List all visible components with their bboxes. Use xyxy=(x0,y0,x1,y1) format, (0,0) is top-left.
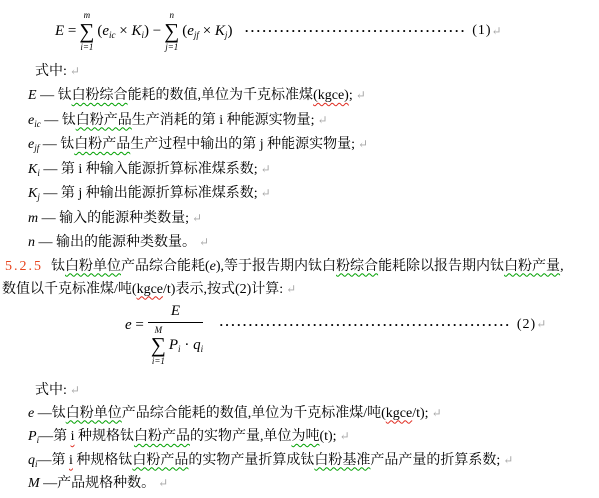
text-run: 数值以千克标准煤/吨( xyxy=(2,282,137,297)
spellcheck-red-underline: kgce xyxy=(386,406,412,421)
text-run: 产品综合能耗的数值,单位为千克标准煤/吨( xyxy=(122,406,386,421)
definition-n: n — 输出的能源种类数量。 ↵ xyxy=(28,230,599,255)
text-run: K xyxy=(132,23,142,39)
text-run: × xyxy=(199,23,215,39)
text-run: P xyxy=(28,429,37,444)
spellcheck-green-underline: 白粉产品 xyxy=(74,137,130,152)
paragraph-mark-icon: ↵ xyxy=(429,406,442,420)
text-run: n xyxy=(28,235,35,250)
paragraph-mark-icon: ↵ xyxy=(337,429,350,443)
text-run: , xyxy=(560,259,564,274)
section-5-2-5-line-2: 数值以千克标准煤/吨(kgce/t)表示,按式(2)计算: ↵ xyxy=(2,278,599,301)
text-run: — 第 i 种输入能源折算标准煤系数; xyxy=(40,162,258,177)
text-run: 能耗的数值,单位为千克标准煤 xyxy=(128,88,314,103)
spellcheck-red-underline: (kgce) xyxy=(313,88,349,103)
fraction-denominator: M ∑ i=1 Pi · qi xyxy=(148,322,203,367)
definition-list-1: E — 钛白粉综合能耗的数值,单位为千克标准煤(kgce); ↵ eic — 钛… xyxy=(0,83,599,255)
paragraph-mark-icon: ↵ xyxy=(196,235,209,249)
fraction: E M ∑ i=1 Pi · qi xyxy=(148,303,203,367)
text-run: 生产过程中输出的第 j 种能源实物量; xyxy=(130,137,355,152)
text-run: K xyxy=(28,162,37,177)
text-run: 生产消耗的第 i 种能源实物量; xyxy=(132,113,315,128)
paragraph-mark-icon: ↵ xyxy=(315,113,328,127)
text-run: 产品综合能耗( xyxy=(121,259,210,274)
dot-leader: ········································… xyxy=(219,317,511,333)
definition-e-ic: eic — 钛白粉产品生产消耗的第 i 种能源实物量; ↵ xyxy=(28,108,599,133)
definition-P-i: Pi—第 i 种规格钛白粉产品的实物产量,单位为吨(t); ↵ xyxy=(28,425,599,449)
text-run: — 第 j 种输出能源折算标准煤系数; xyxy=(40,186,258,201)
definition-list-2: e —钛白粉单位产品综合能耗的数值,单位为千克标准煤/吨(kgce/t); ↵ … xyxy=(0,402,599,496)
text-run: ) − xyxy=(144,23,161,39)
spellcheck-green-underline: 白粉单位 xyxy=(65,259,121,274)
summation-lower-limit: j=1 xyxy=(165,42,178,52)
text-run: 的实物产量折算成钛 xyxy=(188,453,314,468)
summation-1: m ∑ i=1 xyxy=(79,10,94,52)
spellcheck-green-underline: 白粉产品 xyxy=(76,113,132,128)
definition-K-j: Kj — 第 j 种输出能源折算标准煤系数; ↵ xyxy=(28,181,599,206)
text-run: — 输出的能源种类数量。 xyxy=(35,235,196,250)
spellcheck-green-underline: 白粉产品 xyxy=(132,453,188,468)
paragraph-mark: ↵ xyxy=(536,317,546,332)
text-run: q xyxy=(28,453,35,468)
text-run: 种规格钛 xyxy=(74,429,134,444)
section-5-2-5-line-1: 5.2.5钛白粉单位产品综合能耗(e),等于报告期内钛白粉综合能耗除以报告期内钛… xyxy=(5,255,599,278)
paragraph-mark-icon: ↵ xyxy=(258,186,271,200)
text-run: (t); xyxy=(319,429,336,444)
text-run: — 输入的能源种类数量; xyxy=(38,211,189,226)
paragraph-mark-icon: ↵ xyxy=(67,383,80,397)
summation-lower-limit: i=1 xyxy=(80,42,93,52)
paragraph-mark-icon: ↵ xyxy=(353,88,366,102)
text-run: e xyxy=(125,317,132,333)
formula-1-term-2: (ejf × Kj) xyxy=(182,23,232,40)
summation-lower-limit: i=1 xyxy=(152,356,165,366)
text-run: /t); xyxy=(412,406,428,421)
paragraph-mark-icon: ↵ xyxy=(155,476,168,490)
text-run: —第 xyxy=(39,429,71,444)
text-run: = xyxy=(64,23,76,39)
spellcheck-green-underline: 为吨 xyxy=(291,429,319,444)
text-run: —产品规格种数。 xyxy=(40,476,156,491)
text-run: /t)表示,按式(2)计算: xyxy=(163,282,283,297)
where-label-2: 式中: ↵ xyxy=(35,379,599,402)
definition-e-jf: ejf — 钛白粉产品生产过程中输出的第 j 种能源实物量; ↵ xyxy=(28,132,599,157)
text-run: P xyxy=(169,337,178,353)
text-run: = xyxy=(132,317,144,333)
summation-3: M ∑ i=1 xyxy=(151,325,166,367)
text-run: × xyxy=(116,23,132,39)
text-run: E xyxy=(55,23,64,39)
spellcheck-green-underline: 白粉综合 xyxy=(72,88,128,103)
sigma-symbol: ∑ xyxy=(79,21,94,42)
text-run: 能耗除以报告期内钛 xyxy=(378,259,504,274)
paragraph-mark-icon: ↵ xyxy=(355,137,368,151)
equation-number-2: (2) xyxy=(517,317,536,333)
summation-2: n ∑ j=1 xyxy=(164,10,179,52)
definition-m: m — 输入的能源种类数量; ↵ xyxy=(28,206,599,231)
sigma-symbol: ∑ xyxy=(151,335,166,356)
paragraph-mark-icon: ↵ xyxy=(67,64,80,78)
definition-e: e —钛白粉单位产品综合能耗的数值,单位为千克标准煤/吨(kgce/t); ↵ xyxy=(28,402,599,426)
definition-E: E — 钛白粉综合能耗的数值,单位为千克标准煤(kgce); ↵ xyxy=(28,83,599,108)
definition-K-i: Ki — 第 i 种输入能源折算标准煤系数; ↵ xyxy=(28,157,599,182)
text-run: m xyxy=(28,211,38,226)
text-run: — 钛 xyxy=(37,88,72,103)
spellcheck-green-underline: 白粉基准 xyxy=(314,453,370,468)
text-run: e xyxy=(187,23,194,39)
spellcheck-green-underline: 白粉产量 xyxy=(504,259,560,274)
spellcheck-green-underline: 粉综合 xyxy=(336,259,378,274)
text-run: K xyxy=(28,186,37,201)
section-number: 5.2.5 xyxy=(5,259,43,274)
spellcheck-green-underline: 白粉单位 xyxy=(66,406,122,421)
paragraph-mark-icon: ↵ xyxy=(283,282,296,296)
text-run: — 钛 xyxy=(39,137,74,152)
text-run: —钛 xyxy=(34,406,66,421)
fraction-numerator: E xyxy=(167,303,184,322)
formula-2-denominator-term: Pi · qi xyxy=(169,337,203,354)
text-run: 式中: xyxy=(35,383,67,398)
document-page: E = m ∑ i=1 (eic × Ki) − n ∑ j=1 (ejf × … xyxy=(0,0,599,498)
text-run: 种规格钛 xyxy=(73,453,133,468)
text-run: i xyxy=(201,344,204,354)
text-run: K xyxy=(215,23,225,39)
text-run: ),等于报告期内钛白 xyxy=(216,259,336,274)
formula-1-term-1: (eic × Ki) − xyxy=(97,23,161,40)
text-run: 钛 xyxy=(51,259,65,274)
formula-1-lhs: E = xyxy=(55,23,76,40)
sigma-symbol: ∑ xyxy=(164,21,179,42)
definition-M: M —产品规格种数。 ↵ xyxy=(28,472,599,496)
text-run: — 钛 xyxy=(41,113,76,128)
text-run: 产品产量的折算系数; xyxy=(370,453,500,468)
spellcheck-green-underline: 白粉产品 xyxy=(134,429,190,444)
where-label-1: 式中: ↵ xyxy=(35,59,599,83)
text-run: q xyxy=(193,337,201,353)
text-run: M xyxy=(28,476,40,491)
text-run: ) xyxy=(227,23,232,39)
paragraph-mark-icon: ↵ xyxy=(500,453,513,467)
formula-2-lhs: e = xyxy=(125,317,144,334)
formula-1: E = m ∑ i=1 (eic × Ki) − n ∑ j=1 (ejf × … xyxy=(55,7,599,55)
paragraph-mark-icon: ↵ xyxy=(189,211,202,225)
text-run: 式中: xyxy=(35,64,67,79)
formula-2: e = E M ∑ i=1 Pi · qi ··················… xyxy=(125,303,599,375)
paragraph-mark-icon: ↵ xyxy=(258,162,271,176)
text-run: —第 xyxy=(38,453,70,468)
equation-number-1: (1) xyxy=(472,23,491,39)
text-run: · xyxy=(181,337,194,353)
definition-q-i: qi—第 i 种规格钛白粉产品的实物产量折算成钛白粉基准产品产量的折算系数; ↵ xyxy=(28,449,599,473)
text-run: 的实物产量,单位 xyxy=(190,429,292,444)
dot-leader: ······································ xyxy=(244,23,466,39)
paragraph-mark: ↵ xyxy=(492,24,502,39)
text-run: E xyxy=(28,88,37,103)
spellcheck-red-underline: kgce xyxy=(137,282,163,297)
